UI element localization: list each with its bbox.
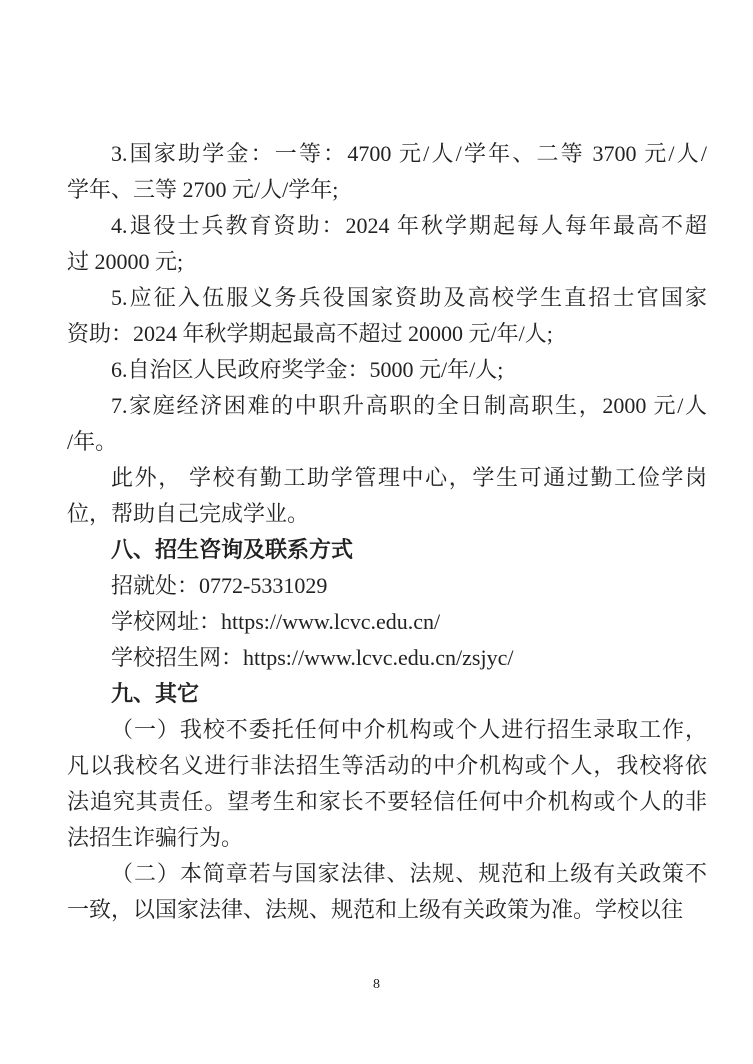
text-line: 法招生诈骗行为。 — [67, 820, 707, 856]
admissions-website-line: 学校招生网：https://www.lcvc.edu.cn/zsjyc/ — [67, 640, 707, 676]
text-line: 法追究其责任。望考生和家长不要轻信任何中介机构或个人的非 — [67, 784, 707, 820]
text-line: 6.自治区人民政府奖学金：5000 元/年/人; — [67, 352, 707, 388]
text-line: 此外， 学校有勤工助学管理中心，学生可通过勤工俭学岗 — [67, 460, 707, 496]
contact-phone-line: 招就处：0772-5331029 — [67, 568, 707, 604]
document-page: 3.国家助学金：一等：4700 元/人/学年、二等 3700 元/人/ 学年、三… — [0, 0, 753, 1064]
text-line: 4.退役士兵教育资助：2024 年秋学期起每人每年最高不超 — [67, 208, 707, 244]
text-line: 学年、三等 2700 元/人/学年; — [67, 172, 707, 208]
text-line: 位，帮助自己完成学业。 — [67, 496, 707, 532]
text-line: 过 20000 元; — [67, 244, 707, 280]
section-heading-8: 八、招生咨询及联系方式 — [67, 532, 707, 568]
text-line: （一）我校不委托任何中介机构或个人进行招生录取工作， — [67, 712, 707, 748]
text-line: 3.国家助学金：一等：4700 元/人/学年、二等 3700 元/人/ — [67, 136, 707, 172]
section-heading-9: 九、其它 — [67, 676, 707, 712]
text-line: 一致，以国家法律、法规、规范和上级有关政策为准。学校以往 — [67, 892, 707, 928]
text-line: /年。 — [67, 424, 707, 460]
document-body: 3.国家助学金：一等：4700 元/人/学年、二等 3700 元/人/ 学年、三… — [67, 136, 707, 928]
text-line: 7.家庭经济困难的中职升高职的全日制高职生，2000 元/人 — [67, 388, 707, 424]
school-website-line: 学校网址：https://www.lcvc.edu.cn/ — [67, 604, 707, 640]
text-line: 资助：2024 年秋学期起最高不超过 20000 元/年/人; — [67, 316, 707, 352]
page-number: 8 — [0, 977, 753, 993]
text-line: 5.应征入伍服义务兵役国家资助及高校学生直招士官国家 — [67, 280, 707, 316]
text-line: （二）本简章若与国家法律、法规、规范和上级有关政策不 — [67, 856, 707, 892]
text-line: 凡以我校名义进行非法招生等活动的中介机构或个人，我校将依 — [67, 748, 707, 784]
